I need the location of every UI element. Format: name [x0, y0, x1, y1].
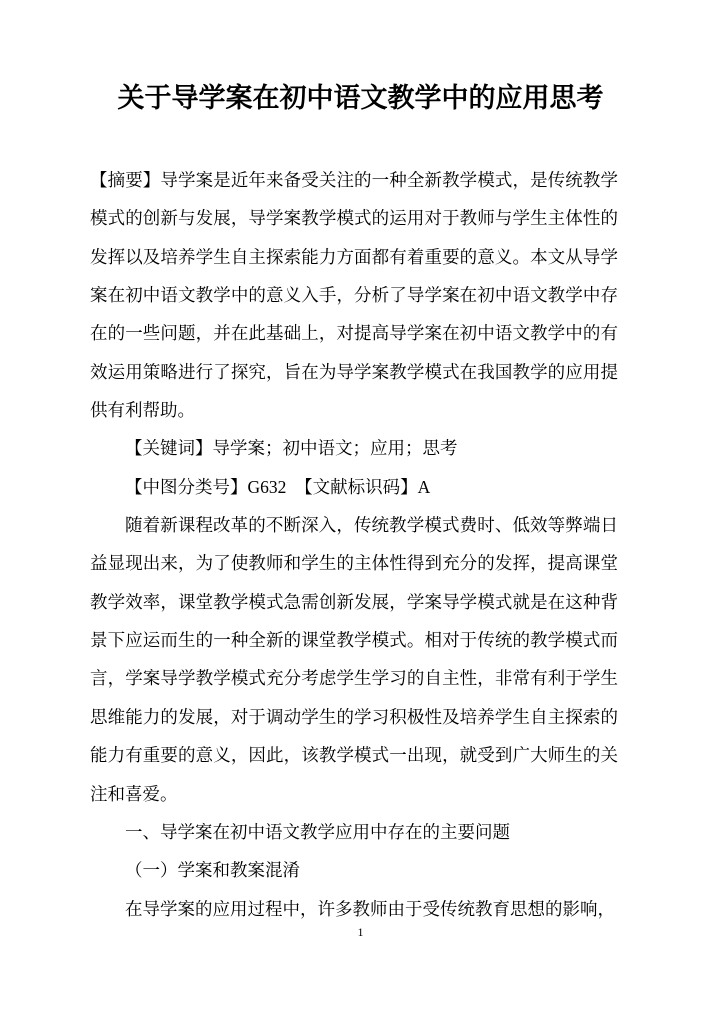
document-page: 关于导学案在初中语文教学中的应用思考 【摘要】导学案是近年来备受关注的一种全新教…: [0, 0, 721, 1020]
paragraph-keywords: 【关键词】导学案；初中语文；应用；思考: [90, 429, 618, 467]
paragraph-body-partial: 在导学案的应用过程中，许多教师由于受传统教育思想的影响，: [90, 890, 618, 928]
section-heading-1: 一、导学案在初中语文教学应用中存在的主要问题: [90, 813, 618, 851]
page-number: 1: [0, 924, 721, 940]
document-title: 关于导学案在初中语文教学中的应用思考: [0, 0, 721, 119]
paragraph-introduction: 随着新课程改革的不断深入，传统教学模式费时、低效等弊端日益显现出来，为了使教师和…: [90, 506, 618, 813]
paragraph-classification: 【中图分类号】G632 【文献标识码】A: [90, 468, 618, 506]
paragraph-abstract: 【摘要】导学案是近年来备受关注的一种全新教学模式，是传统教学模式的创新与发展，导…: [90, 161, 618, 429]
subsection-heading-1-1: （一）学案和教案混淆: [90, 851, 618, 889]
document-body: 【摘要】导学案是近年来备受关注的一种全新教学模式，是传统教学模式的创新与发展，导…: [0, 161, 721, 928]
